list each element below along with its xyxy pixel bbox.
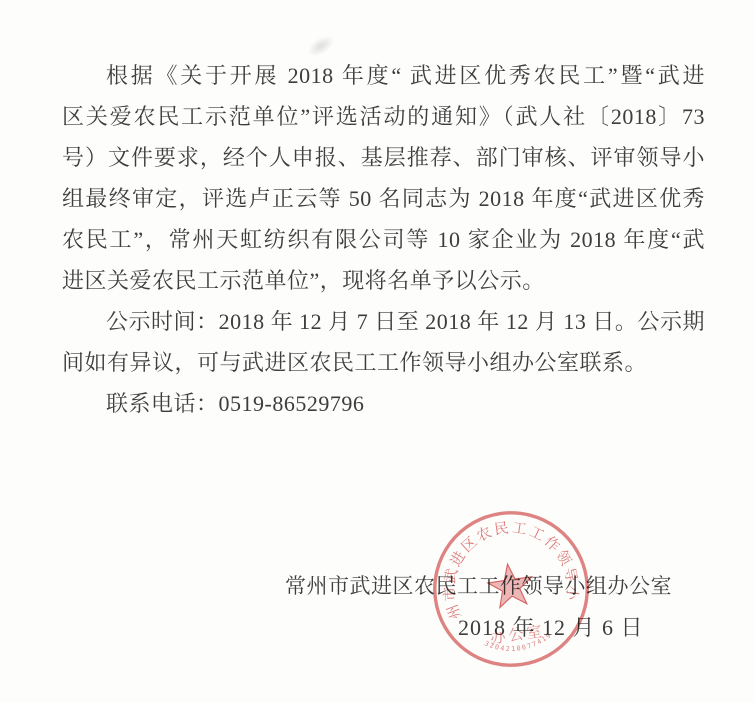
body-line: 农民工”，常州天虹纺织有限公司等 10 家企业为 2018 年度“武 [62, 219, 705, 260]
body-line: 组最终审定，评选卢正云等 50 名同志为 2018 年度“武进区优秀 [62, 178, 705, 219]
body-line: 联系电话：0519-86529796 [62, 383, 705, 424]
body-line: 间如有异议，可与武进区农民工工作领导小组办公室联系。 [62, 342, 705, 383]
body-line: 号）文件要求，经个人申报、基层推荐、部门审核、评审领导小 [62, 137, 705, 178]
star-icon [486, 561, 535, 609]
body-line: 进区关爱农民工示范单位”，现将名单予以公示。 [62, 260, 705, 301]
document-page: 根据《关于开展 2018 年度“ 武进区优秀农民工”暨“武进 区关爱农民工示范单… [0, 0, 755, 702]
body-line: 公示时间：2018 年 12 月 7 日至 2018 年 12 月 13 日。公… [62, 301, 705, 342]
body-line: 区关爱农民工示范单位”评选活动的通知》（武人社〔2018〕73 [62, 96, 705, 137]
notice-body: 根据《关于开展 2018 年度“ 武进区优秀农民工”暨“武进 区关爱农民工示范单… [62, 55, 705, 424]
official-seal: 常州市武进区农民工工作领导小组 办公室 3204210077419 [418, 496, 603, 681]
body-line: 根据《关于开展 2018 年度“ 武进区优秀农民工”暨“武进 [62, 55, 705, 96]
